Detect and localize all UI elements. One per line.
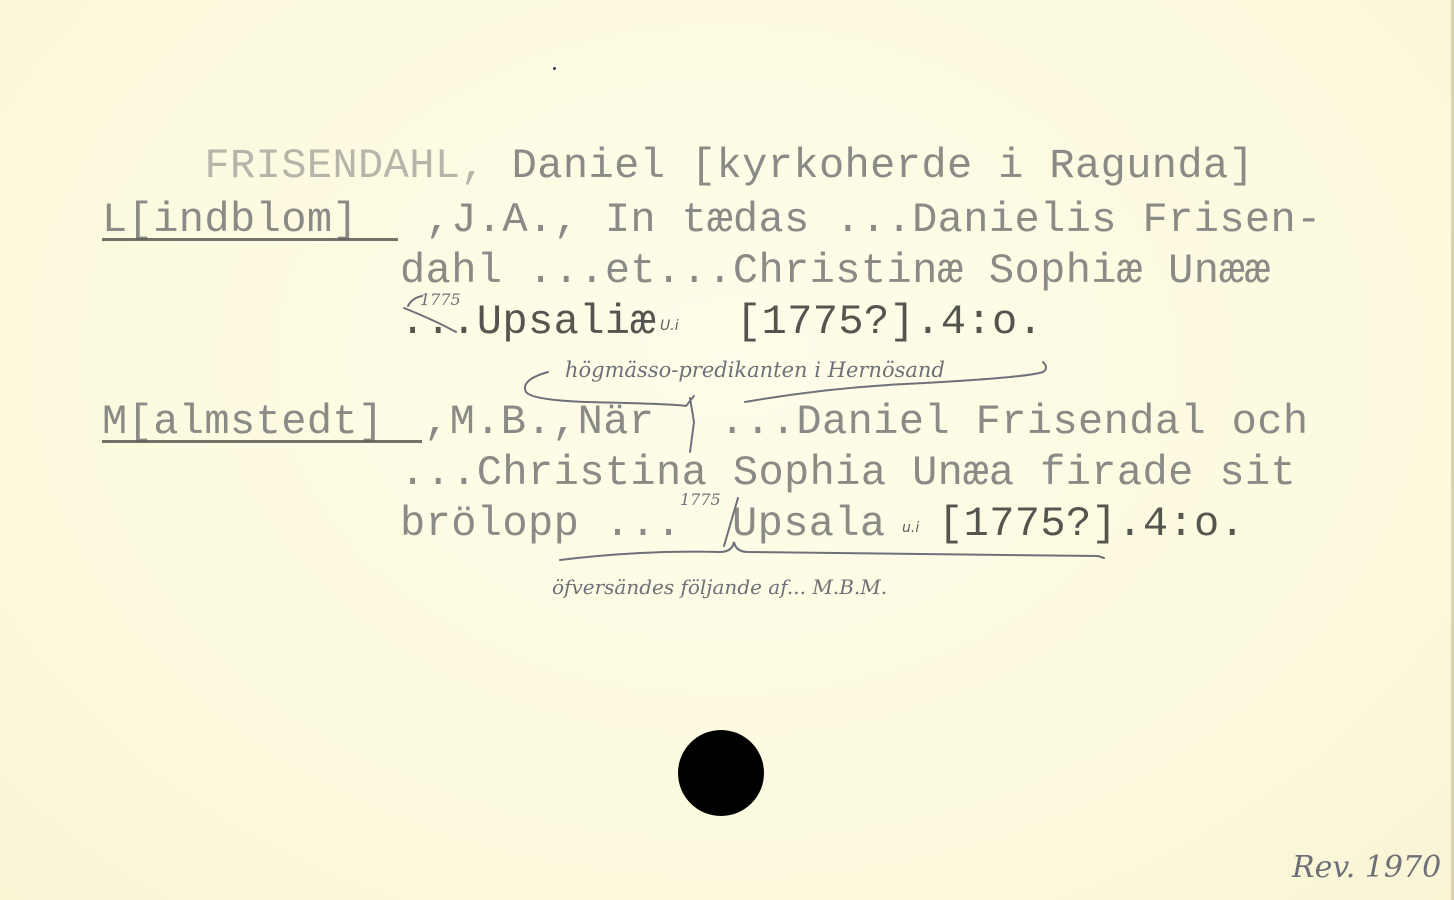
entry-2-insert-left-brace [525,372,694,406]
catalog-card: FRISENDAHL, Daniel [kyrkoherde i Ragunda… [0,0,1454,900]
revision-note: Rev. 1970 [1292,850,1441,885]
entry-2-insert-right-brace [745,362,1046,402]
entry-1-insertion-mark [404,296,456,332]
entry-2-footnote-brace [560,542,1104,560]
entry-2-insert-slash [724,498,738,546]
entry-2-insert-caret [690,398,694,452]
punch-hole [678,730,764,816]
